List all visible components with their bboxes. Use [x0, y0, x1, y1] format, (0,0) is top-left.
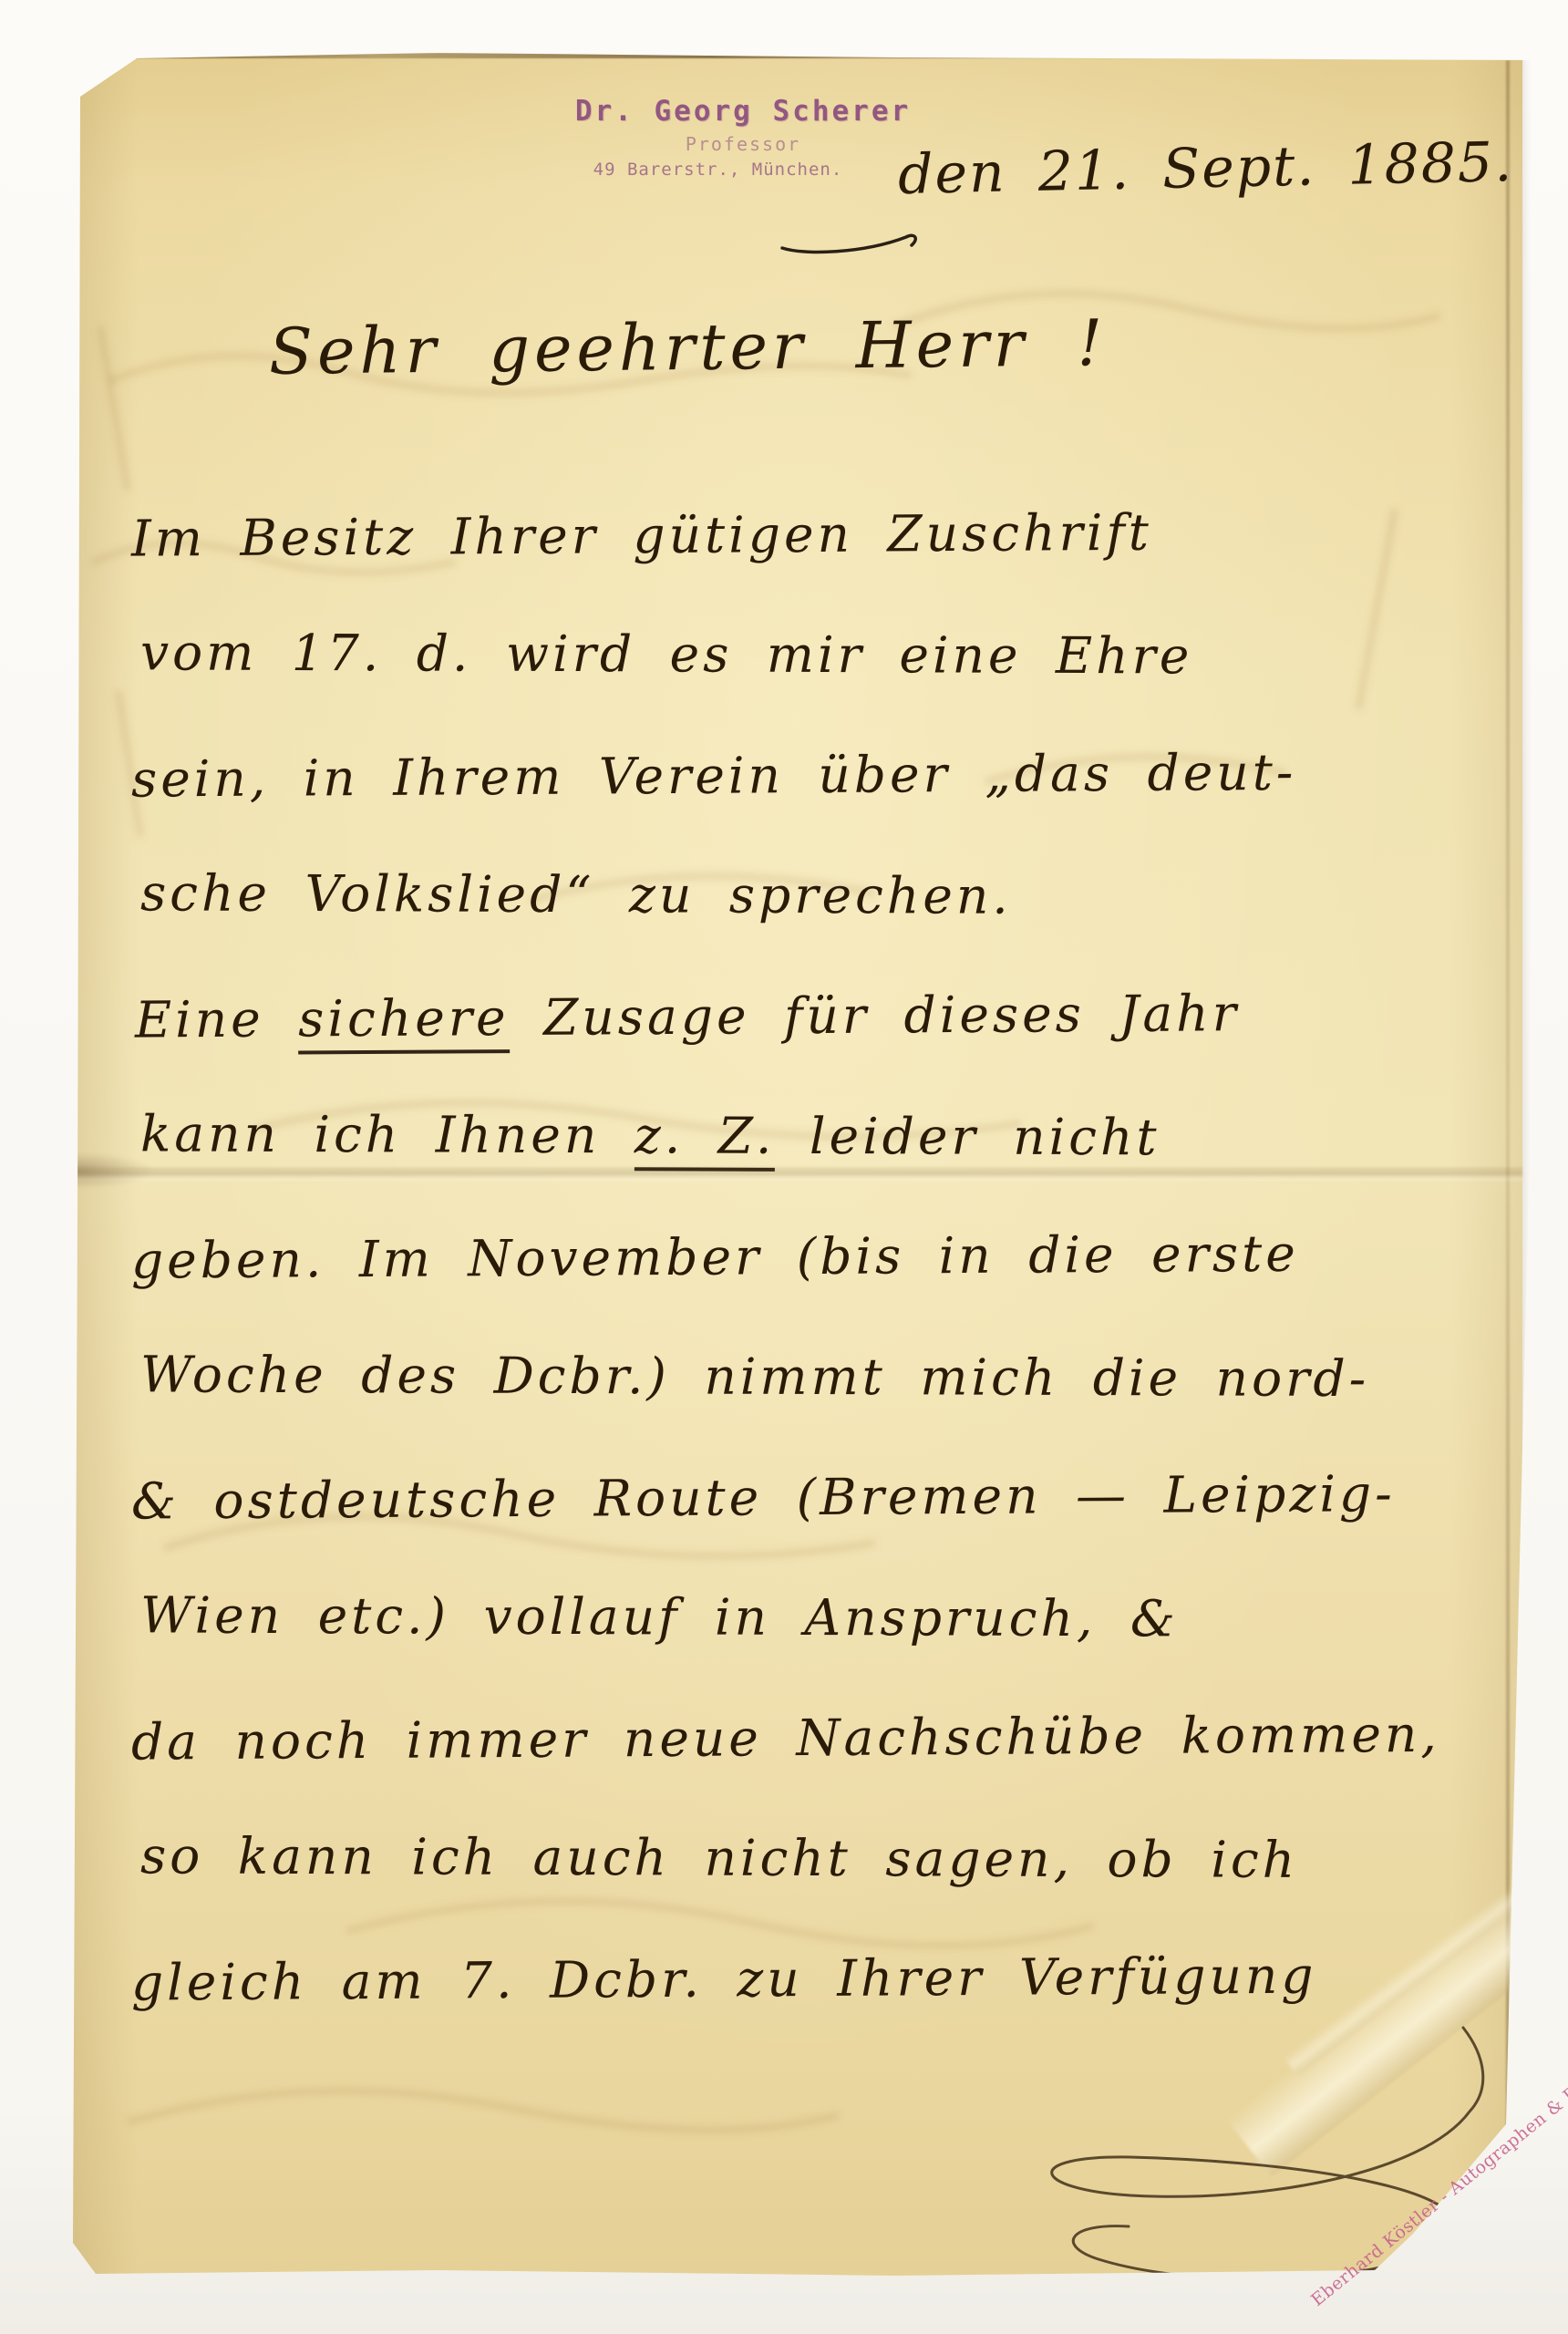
body-text-segment: Im Besitz Ihrer gütigen Zuschrift — [131, 503, 1152, 568]
body-text-segment: Woche des Dcbr.) nimmt mich die nord- — [140, 1345, 1369, 1408]
handwritten-line: sche Volkslied“ zu sprechen. — [131, 838, 1504, 963]
salutation: Sehr geehrter Herr ! — [269, 305, 1108, 389]
letterhead-stamp: Dr. Georg Scherer Professor 49 Barerstr.… — [547, 95, 939, 180]
body-text-segment: sche Volkslied“ zu sprechen. — [140, 863, 1012, 924]
address-underline-stroke — [777, 226, 932, 259]
handwritten-line: gleich am 7. Dcbr. zu Ihrer Verfügung — [131, 1919, 1505, 2048]
date-line: den 21. Sept. 1885. — [897, 130, 1513, 207]
underlined-word: sichere — [298, 988, 510, 1054]
stamp-title-line: Professor — [547, 133, 939, 155]
body-text-segment: da noch immer neue Nachschübe kommen, — [131, 1705, 1440, 1771]
body-text-segment: Wien etc.) vollauf in Anspruch, & — [140, 1585, 1179, 1647]
handwritten-line: Im Besitz Ihrer gütigen Zuschrift — [131, 475, 1505, 604]
body-text-segment: gleich am 7. Dcbr. zu Ihrer Verfügung — [131, 1947, 1317, 2012]
fold-crease — [73, 1167, 1522, 1183]
body-text-segment: leider nicht — [775, 1107, 1160, 1166]
scan-background: { "letter": { "ink_color": "#2a1b09", "p… — [0, 0, 1568, 2334]
letter-paper: Dr. Georg Scherer Professor 49 Barerstr.… — [73, 53, 1522, 2279]
stamp-name-line: Dr. Georg Scherer — [547, 95, 939, 128]
handwritten-line: geben. Im November (bis in die erste — [131, 1197, 1505, 1326]
handwritten-line: Eine sichere Zusage für dieses Jahr — [131, 956, 1505, 1085]
handwritten-line: kann ich Ihnen z. Z. leider nicht — [131, 1079, 1504, 1203]
body-text-segment: Eine — [135, 989, 299, 1048]
fold-crease-notch — [73, 1152, 155, 1189]
body-text-segment: Zusage für dieses Jahr — [509, 984, 1240, 1047]
paper-right-edge — [1506, 60, 1510, 2170]
body-text-segment: & ostdeutsche Route (Bremen — Leipzig- — [131, 1464, 1396, 1530]
letter-body: Im Besitz Ihrer gütigen Zuschriftvom 17.… — [131, 480, 1504, 2044]
paper-top-edge — [128, 53, 1522, 58]
handwritten-line: sein, in Ihrem Verein über „das deut- — [131, 716, 1505, 844]
body-text-segment: sein, in Ihrem Verein über „das deut- — [131, 743, 1297, 809]
handwritten-line: & ostdeutsche Route (Bremen — Leipzig- — [131, 1438, 1505, 1566]
stamp-address-line: 49 Barerstr., München. — [547, 160, 889, 180]
body-text-segment: kann ich Ihnen — [140, 1104, 634, 1164]
handwritten-line: vom 17. d. wird es mir eine Ehre — [131, 597, 1504, 722]
handwritten-line: Wien etc.) vollauf in Anspruch, & — [131, 1560, 1504, 1685]
body-text-segment: geben. Im November (bis in die erste — [131, 1224, 1299, 1290]
body-text-segment: vom 17. d. wird es mir eine Ehre — [140, 623, 1193, 685]
handwritten-line: Woche des Dcbr.) nimmt mich die nord- — [131, 1319, 1504, 1444]
handwritten-line: so kann ich auch nicht sagen, ob ich — [131, 1801, 1504, 1926]
handwritten-line: da noch immer neue Nachschübe kommen, — [131, 1678, 1505, 1807]
underlined-word: z. Z. — [634, 1106, 776, 1172]
body-text-segment: so kann ich auch nicht sagen, ob ich — [140, 1826, 1298, 1888]
